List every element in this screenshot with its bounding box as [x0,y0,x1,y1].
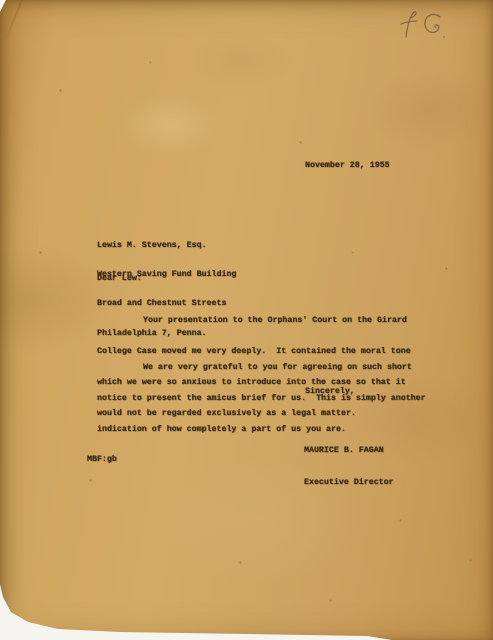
salutation: Dear Lew: [97,274,142,284]
scanned-letter-image: FC. November 28, 1955 Lewis M. Stevens, … [0,0,493,640]
pencil-initials-icon [396,9,448,43]
date-line: November 28, 1955 [305,161,390,171]
signature-name: MAURICE B. FAGAN [304,446,394,457]
handwritten-fc-annotation: FC. [396,9,448,43]
signature-title: Executive Director [304,478,394,489]
corner-fold-crease [2,0,27,46]
body-line: We are very grateful to you for agreeing… [97,363,426,373]
address-line: Lewis M. Stevens, Esq. [97,241,236,251]
typist-initials: MBF:gb [87,455,117,465]
signature-block: MAURICE B. FAGAN Executive Director [304,424,394,510]
body-line: notice to present the amicus brief for u… [97,394,426,404]
paper-specks [0,0,1,1]
closing: Sincerely, [305,387,355,397]
body-line: Your presentation to the Orphans' Court … [97,316,411,326]
